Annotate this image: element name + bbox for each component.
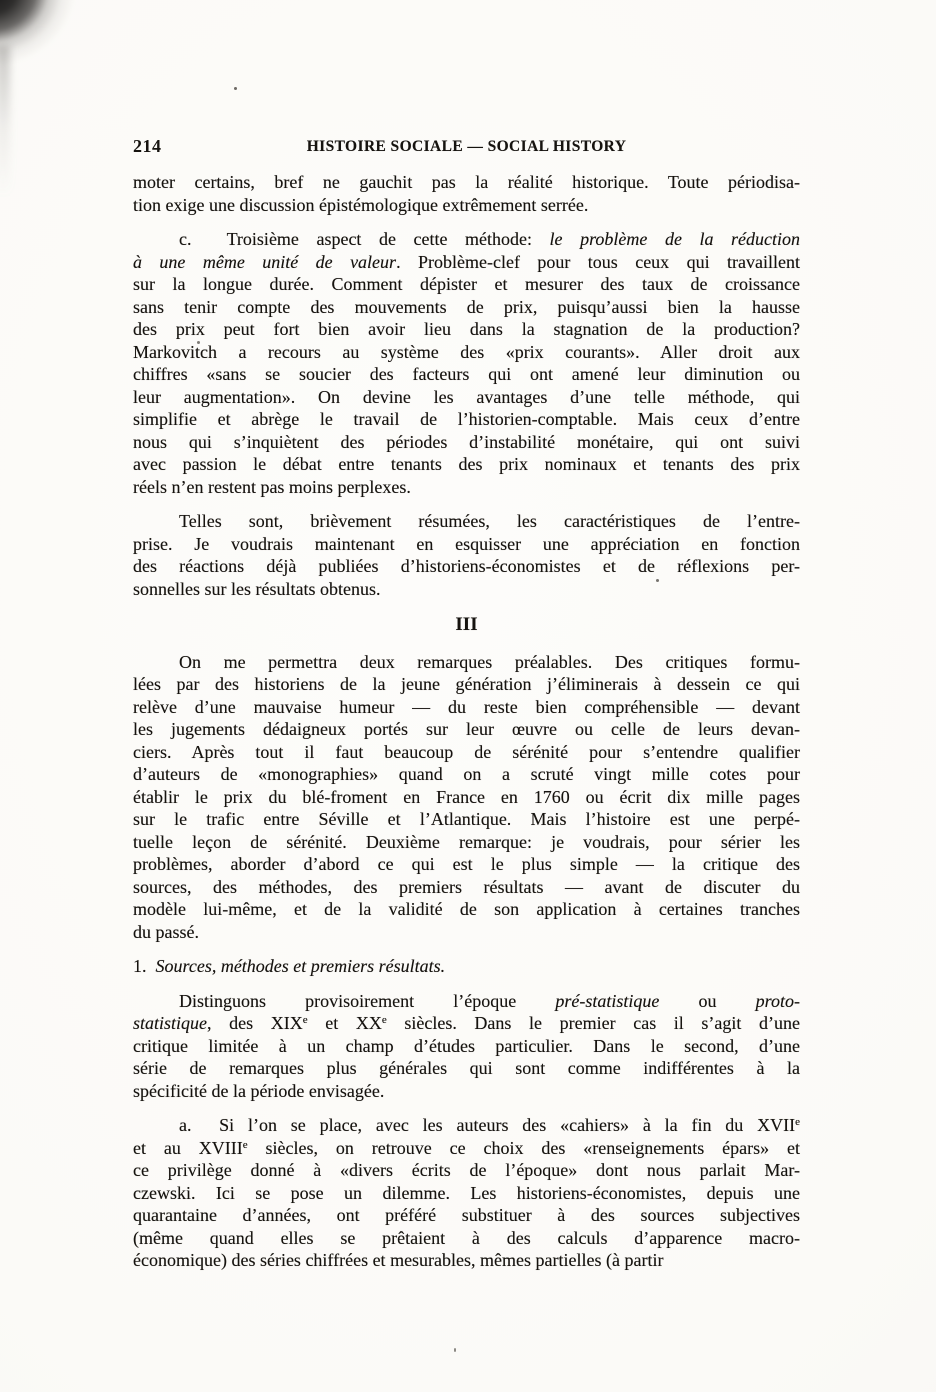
text-line: relève d’une mauvaise humeur — du reste … [133, 696, 800, 719]
text-line: ciers. Après tout il faut beaucoup de sé… [133, 741, 800, 764]
text-line: d’auteurs de «monographies» quand on a s… [133, 763, 800, 786]
text-line: III [133, 614, 800, 637]
paragraph: Telles sont, brièvement résumées, les ca… [133, 510, 800, 600]
text-line: chiffres «sans se soucier des facteurs q… [133, 363, 800, 386]
text-line: modèle lui-même, et de la validité de so… [133, 898, 800, 921]
document-page: 214 HISTOIRE SOCIALE — SOCIAL HISTORY mo… [0, 0, 936, 1392]
text-line: à une même unité de valeur. Problème-cle… [133, 251, 800, 274]
text-line: ce privilège donné à «divers écrits de l… [133, 1159, 800, 1182]
text-line: établir le prix du blé-froment en France… [133, 786, 800, 809]
paragraph: Distinguons provisoirement l’époque pré-… [133, 990, 800, 1103]
text-line: les jugements dédaigneux portés sur leur… [133, 718, 800, 741]
text-line: (même quand elles se prêtaient à des cal… [133, 1227, 800, 1250]
text-line: nous qui s’inquiètent des périodes d’ins… [133, 431, 800, 454]
text-line: réels n’en restent pas moins perplexes. [133, 476, 800, 499]
text-line: série de remarques plus générales qui so… [133, 1057, 800, 1080]
section-heading: III [133, 614, 800, 637]
text-line: du passé. [133, 921, 800, 944]
text-line: On me permettra deux remarques préalable… [133, 651, 800, 674]
text-line: sans tenir compte des mouvements de prix… [133, 296, 800, 319]
text-line: spécificité de la période envisagée. [133, 1080, 800, 1103]
paragraph: c. Troisième aspect de cette méthode: le… [133, 228, 800, 498]
text-line: czewski. Ici se pose un dilemme. Les his… [133, 1182, 800, 1205]
scan-artifact-edge [0, 46, 10, 196]
text-line: Markovitch a recours au système des «pri… [133, 341, 800, 364]
paragraph: On me permettra deux remarques préalable… [133, 651, 800, 944]
text-line: sources, des méthodes, des premiers résu… [133, 876, 800, 899]
text-line: lées par des historiens de la jeune géné… [133, 673, 800, 696]
text-line: Telles sont, brièvement résumées, les ca… [133, 510, 800, 533]
scan-speck [234, 87, 237, 90]
text-line: des prix peut fort bien avoir lieu dans … [133, 318, 800, 341]
paragraph: moter certains, bref ne gauchit pas la r… [133, 171, 800, 216]
text-line: problèmes, aborder d’abord ce qui est le… [133, 853, 800, 876]
text-line: prise. Je voudrais maintenant en esquiss… [133, 533, 800, 556]
scan-speck [454, 1348, 456, 1352]
text-line: avec passion le débat entre tenants des … [133, 453, 800, 476]
subsection-heading: 1. Sources, méthodes et premiers résulta… [133, 955, 800, 978]
text-line: moter certains, bref ne gauchit pas la r… [133, 171, 800, 194]
text-line: statistique, des XIXe et XXe siècles. Da… [133, 1012, 800, 1035]
text-line: c. Troisième aspect de cette méthode: le… [133, 228, 800, 251]
text-line: simplifie et abrège le travail de l’hist… [133, 408, 800, 431]
text-line: tion exige une discussion épistémologiqu… [133, 194, 800, 217]
text-line: et au XVIIIe siècles, on retrouve ce cho… [133, 1137, 800, 1160]
text-line: sur le trafic entre Séville et l’Atlanti… [133, 808, 800, 831]
paragraph: a. Si l’on se place, avec les auteurs de… [133, 1114, 800, 1272]
text-line: tuelle leçon de sérénité. Deuxième remar… [133, 831, 800, 854]
text-line: quarantaine d’années, ont préféré substi… [133, 1204, 800, 1227]
scan-artifact-corner [0, 0, 82, 72]
text-line: des réactions déjà publiées d’historiens… [133, 555, 800, 578]
text-line: a. Si l’on se place, avec les auteurs de… [133, 1114, 800, 1137]
text-line: Distinguons provisoirement l’époque pré-… [133, 990, 800, 1013]
text-line: économique) des séries chiffrées et mesu… [133, 1249, 800, 1272]
text-line: sur la longue durée. Comment dépister et… [133, 273, 800, 296]
text-line: critique limitée à un champ d’études par… [133, 1035, 800, 1058]
running-title: HISTOIRE SOCIALE — SOCIAL HISTORY [133, 136, 800, 156]
text-line: 1. Sources, méthodes et premiers résulta… [133, 955, 800, 978]
page-number: 214 [133, 136, 162, 157]
text-line: sonnelles sur les résultats obtenus. [133, 578, 800, 601]
page-header: 214 HISTOIRE SOCIALE — SOCIAL HISTORY [133, 136, 800, 160]
text-line: leur augmentation». On devine les avanta… [133, 386, 800, 409]
text-column: moter certains, bref ne gauchit pas la r… [133, 171, 800, 1272]
